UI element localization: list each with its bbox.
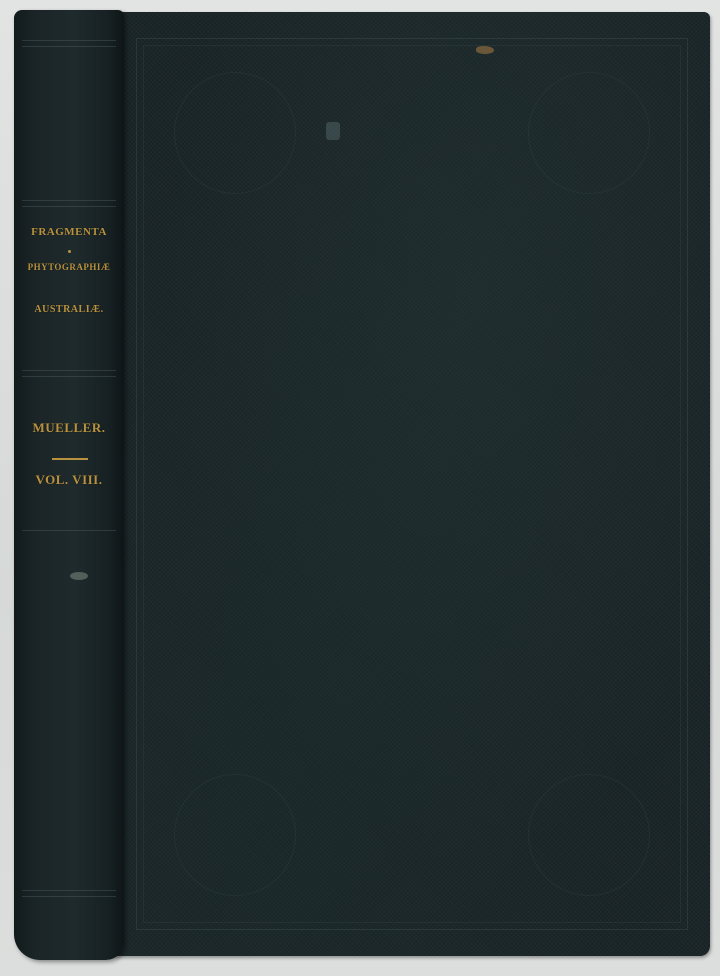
- spine-band: [22, 46, 116, 47]
- spine: FRAGMENTA PHYTOGRAPHIÆ AUSTRALIÆ. MUELLE…: [14, 10, 124, 960]
- spine-title-line-3: AUSTRALIÆ.: [14, 304, 124, 315]
- blind-ornament-bottom-left: [174, 774, 296, 896]
- blind-stamp-monogram: [326, 122, 340, 140]
- spine-title-line-1: FRAGMENTA: [14, 226, 124, 238]
- spine-volume: VOL. VIII.: [14, 472, 124, 488]
- spine-band: [22, 376, 116, 377]
- blind-ornament-bottom-right: [528, 774, 650, 896]
- spine-title-line-2: PHYTOGRAPHIÆ: [14, 262, 124, 272]
- spine-band: [22, 40, 116, 41]
- spine-band: [22, 200, 116, 201]
- front-cover: [114, 12, 710, 956]
- blind-ornament-top-left: [174, 72, 296, 194]
- spine-band: [22, 890, 116, 891]
- spine-band: [22, 206, 116, 207]
- spine-author: MUELLER.: [14, 420, 124, 436]
- blind-ornament-top-right: [528, 72, 650, 194]
- cover-stain: [476, 46, 494, 54]
- spine-band: [22, 370, 116, 371]
- spine-scuff: [70, 572, 88, 580]
- spine-ornament-dot: [68, 250, 71, 253]
- spine-band: [22, 896, 116, 897]
- book: FRAGMENTA PHYTOGRAPHIÆ AUSTRALIÆ. MUELLE…: [14, 10, 710, 966]
- spine-band: [22, 530, 116, 531]
- spine-gilt-rule: [52, 458, 88, 460]
